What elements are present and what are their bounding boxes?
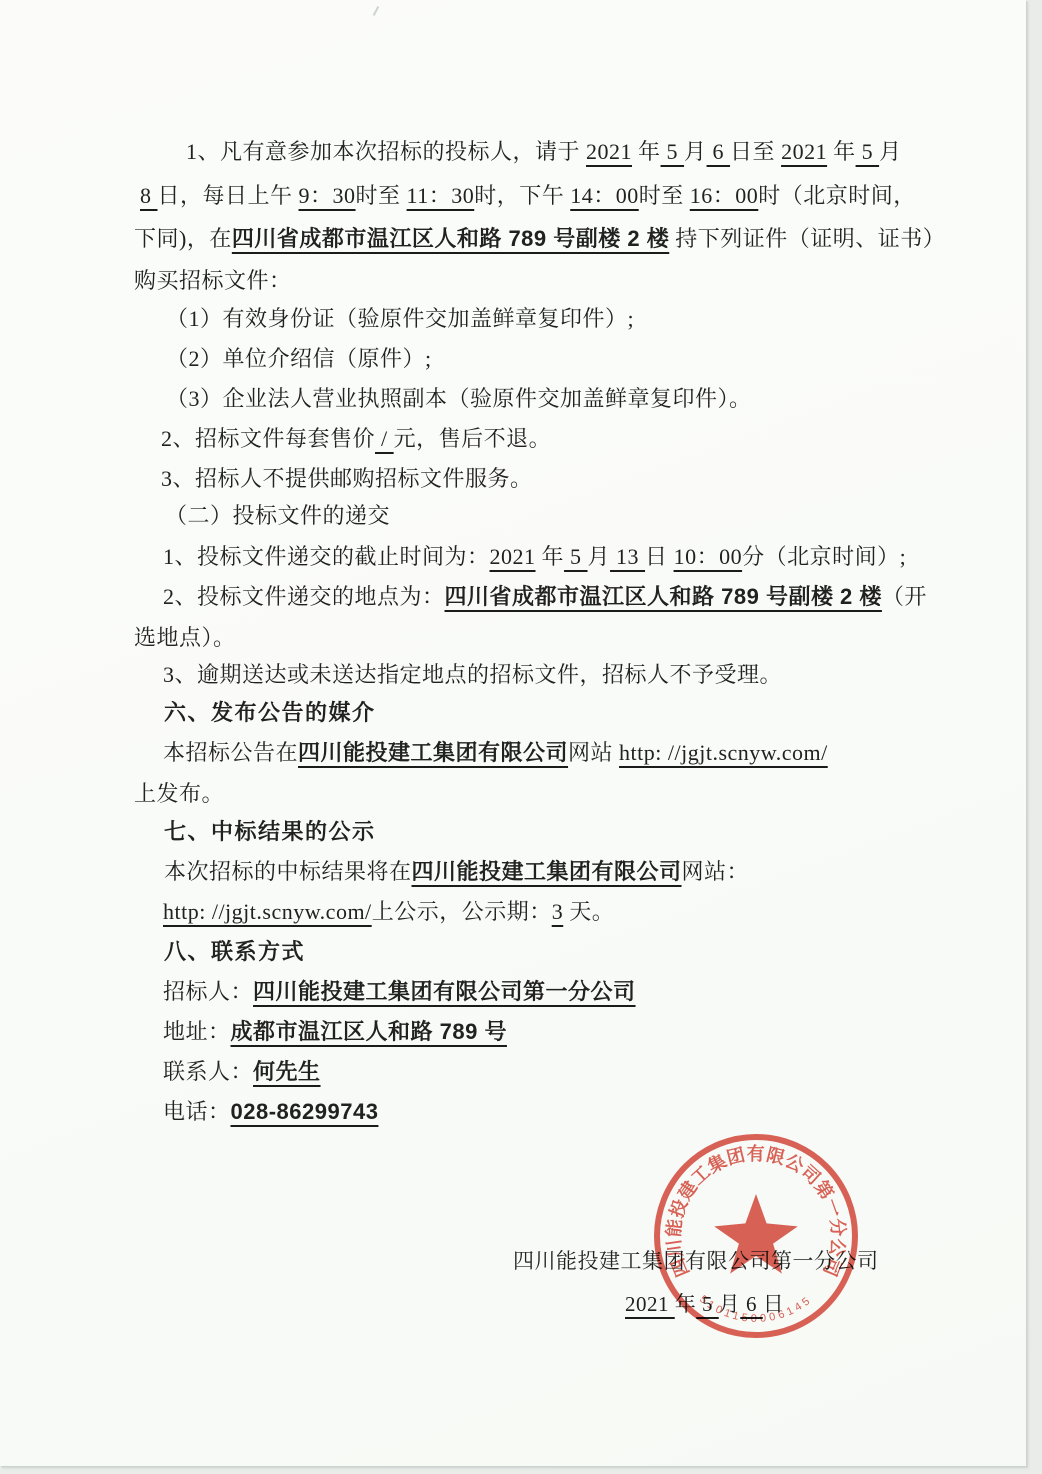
- section-submission: （二）投标文件的递交: [165, 501, 390, 531]
- emphasis-text: 成都市温江区人和路 789 号: [231, 1019, 507, 1044]
- plain-text: 日至: [730, 139, 781, 164]
- heading-six-media: 六、发布公告的媒介: [164, 698, 376, 728]
- submission-deadline: 1、投标文件递交的截止时间为：2021 年 5 月 13 日 10：00分（北京…: [163, 542, 906, 572]
- document-lines: 1、凡有意参加本次招标的投标人，请于 2021 年 5 月 6 日至 2021 …: [0, 0, 1026, 1466]
- emphasis-text: /: [375, 426, 394, 451]
- plain-text: 2、招标文件每套售价: [161, 426, 375, 451]
- plain-text: （2）单位介绍信（原件）;: [166, 346, 432, 371]
- emphasis-text: 14：00: [570, 183, 639, 208]
- emphasis-text: http: //jgjt.scnyw.com/: [619, 740, 828, 765]
- plain-text: 选地点）。: [134, 625, 236, 650]
- plain-text: 地址：: [163, 1019, 231, 1044]
- emphasis-text: 16：00: [690, 183, 759, 208]
- media-line1: 本招标公告在四川能投建工集团有限公司网站 http: //jgjt.scnyw.…: [163, 738, 828, 768]
- plain-text: 日，每日上午: [158, 183, 299, 208]
- contact-address: 地址：成都市温江区人和路 789 号: [163, 1017, 507, 1047]
- cert-item-3: （3）企业法人营业执照副本（验原件交加盖鲜章复印件）。: [166, 384, 752, 414]
- emphasis-text: 四川能投建工集团有限公司: [298, 740, 568, 765]
- emphasis-text: 四川省成都市温江区人和路 789 号副楼 2 楼: [445, 584, 882, 609]
- heading-eight-contact: 八、联系方式: [164, 937, 305, 967]
- emphasis-text: 5: [661, 139, 685, 164]
- emphasis-text: http: //jgjt.scnyw.com/: [163, 899, 372, 924]
- plain-text: 下同)，在: [134, 226, 232, 251]
- emphasis-text: 10：00: [674, 544, 743, 569]
- plain-text: 时，下午: [474, 183, 570, 208]
- emphasis-text: 9：30: [299, 183, 356, 208]
- plain-text: 七、中标结果的公示: [164, 819, 376, 844]
- para-purchase-line1: 1、凡有意参加本次招标的投标人，请于 2021 年 5 月 6 日至 2021 …: [186, 137, 902, 167]
- emphasis-text: 何先生: [253, 1059, 321, 1084]
- plain-text: 元，售后不退。: [394, 426, 552, 451]
- cert-item-2: （2）单位介绍信（原件）;: [166, 344, 432, 374]
- heading-seven-result: 七、中标结果的公示: [164, 817, 376, 847]
- emphasis-text: 四川省成都市温江区人和路 789 号副楼 2 楼: [232, 226, 669, 251]
- emphasis-text: 5: [856, 139, 880, 164]
- plain-text: 八、联系方式: [164, 939, 305, 964]
- plain-text: 网站：: [682, 859, 750, 884]
- para-purchase-line4: 购买招标文件：: [134, 266, 292, 296]
- plain-text: 上公示，公示期：: [372, 899, 552, 924]
- emphasis-text: 13: [610, 544, 645, 569]
- contact-person: 联系人：何先生: [163, 1057, 321, 1087]
- contact-phone: 电话：028-86299743: [163, 1097, 378, 1127]
- plain-text: 本次招标的中标结果将在: [164, 859, 412, 884]
- late-delivery-note: 3、逾期送达或未送达指定地点的招标文件，招标人不予受理。: [163, 660, 782, 690]
- scanned-page: 1、凡有意参加本次招标的投标人，请于 2021 年 5 月 6 日至 2021 …: [0, 0, 1026, 1466]
- plain-text: 电话：: [163, 1099, 231, 1124]
- item-no-mail: 3、招标人不提供邮购招标文件服务。: [161, 464, 533, 494]
- plain-text: 天。: [563, 899, 614, 924]
- company-stamp: 四川能投建工集团有限公司第一分公司 5101150006145: [648, 1128, 864, 1344]
- plain-text: 持下列证件（证明、证书）: [669, 226, 945, 251]
- stamp-svg: 四川能投建工集团有限公司第一分公司 5101150006145: [648, 1128, 864, 1344]
- plain-text: 3、招标人不提供邮购招标文件服务。: [161, 466, 533, 491]
- media-line2: 上发布。: [134, 779, 224, 809]
- para-purchase-line3: 下同)，在四川省成都市温江区人和路 789 号副楼 2 楼 持下列证件（证明、证…: [134, 224, 945, 254]
- plain-text: （二）投标文件的递交: [165, 503, 390, 528]
- plain-text: 日: [645, 544, 674, 569]
- result-line1: 本次招标的中标结果将在四川能投建工集团有限公司网站：: [164, 857, 749, 887]
- emphasis-text: 2021: [490, 544, 536, 569]
- cert-item-1: （1）有效身份证（验原件交加盖鲜章复印件）;: [166, 304, 634, 334]
- item-doc-price: 2、招标文件每套售价 / 元，售后不退。: [161, 424, 551, 454]
- emphasis-text: 028-86299743: [231, 1099, 379, 1124]
- contact-bidder: 招标人：四川能投建工集团有限公司第一分公司: [163, 977, 636, 1007]
- plain-text: 招标人：: [163, 979, 253, 1004]
- plain-text: 联系人：: [163, 1059, 253, 1084]
- emphasis-text: 6: [707, 139, 731, 164]
- plain-text: （开: [882, 584, 927, 609]
- plain-text: 月: [588, 544, 611, 569]
- emphasis-text: 四川能投建工集团有限公司: [412, 859, 682, 884]
- plain-text: 时（北京时间，: [758, 183, 916, 208]
- plain-text: 月: [879, 139, 902, 164]
- plain-text: 年: [632, 139, 661, 164]
- result-line2: http: //jgjt.scnyw.com/上公示，公示期：3 天。: [163, 897, 614, 927]
- plain-text: （3）企业法人营业执照副本（验原件交加盖鲜章复印件）。: [166, 386, 752, 411]
- plain-text: 年: [827, 139, 856, 164]
- plain-text: 上发布。: [134, 781, 224, 806]
- plain-text: 时至: [356, 183, 407, 208]
- plain-text: 1、投标文件递交的截止时间为：: [163, 544, 490, 569]
- plain-text: 月: [684, 139, 707, 164]
- plain-text: 3、逾期送达或未送达指定地点的招标文件，招标人不予受理。: [163, 662, 782, 687]
- stamp-serial: 5101150006145: [697, 1293, 815, 1325]
- plain-text: （1）有效身份证（验原件交加盖鲜章复印件）;: [166, 306, 634, 331]
- plain-text: 六、发布公告的媒介: [164, 700, 376, 725]
- star-icon: [714, 1194, 798, 1274]
- plain-text: 购买招标文件：: [134, 268, 292, 293]
- plain-text: 年: [536, 544, 565, 569]
- emphasis-text: 3: [552, 899, 564, 924]
- para-purchase-line2: 8 日，每日上午 9：30时至 11：30时，下午 14：00时至 16：00时…: [140, 181, 916, 211]
- emphasis-text: 2021: [781, 139, 827, 164]
- emphasis-text: 5: [564, 544, 588, 569]
- plain-text: 网站: [568, 740, 619, 765]
- emphasis-text: 11：30: [407, 183, 475, 208]
- plain-text: 1、凡有意参加本次招标的投标人，请于: [186, 139, 586, 164]
- plain-text: 本招标公告在: [163, 740, 298, 765]
- submission-place-line2: 选地点）。: [134, 623, 236, 653]
- submission-place-line1: 2、投标文件递交的地点为：四川省成都市温江区人和路 789 号副楼 2 楼（开: [163, 582, 927, 612]
- plain-text: 时至: [639, 183, 690, 208]
- plain-text: 分（北京时间）;: [742, 544, 906, 569]
- emphasis-text: 8: [140, 183, 158, 208]
- emphasis-text: 四川能投建工集团有限公司第一分公司: [253, 979, 636, 1004]
- emphasis-text: 2021: [586, 139, 632, 164]
- plain-text: 2、投标文件递交的地点为：: [163, 584, 445, 609]
